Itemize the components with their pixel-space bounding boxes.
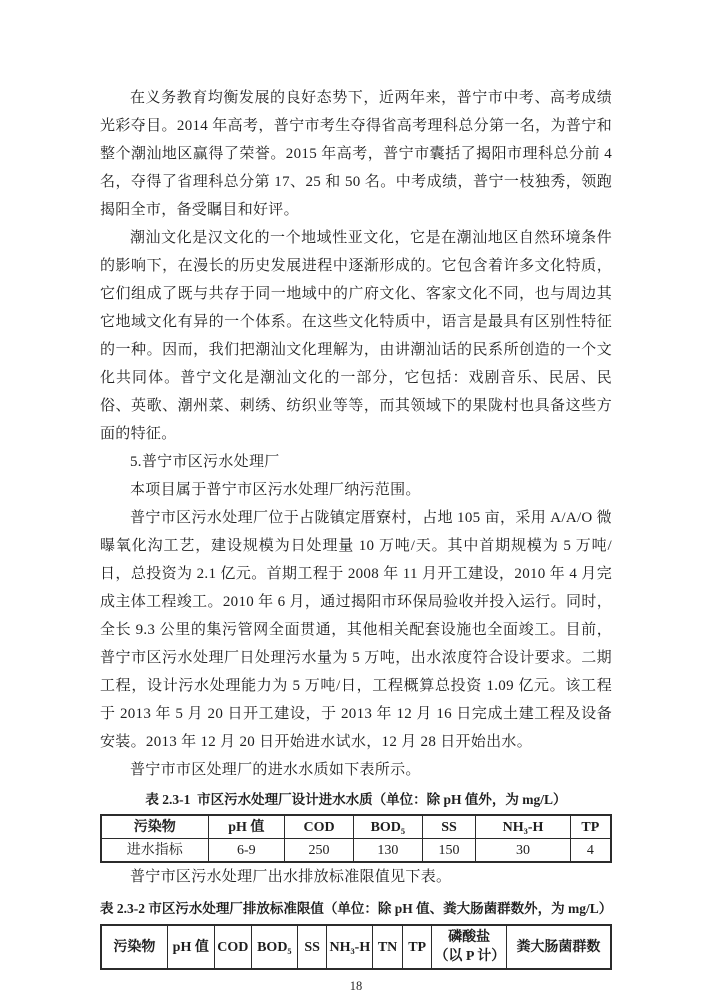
table1-header-bod5: BOD₅ <box>353 815 422 839</box>
table2-header-ph: pH 值 <box>167 925 214 969</box>
paragraph-plant-description: 普宁市区污水处理厂位于占陇镇定厝寮村，占地 105 亩，采用 A/A/O 微曝氧… <box>100 504 612 756</box>
table2-header-bod5: BOD₅ <box>251 925 297 969</box>
table1-cell-cod: 250 <box>285 839 354 863</box>
paragraph-discharge-intro: 普宁市区污水处理厂出水排放标准限值见下表。 <box>100 863 612 891</box>
paragraph-intake-intro: 普宁市市区处理厂的进水水质如下表所示。 <box>100 756 612 784</box>
table2-header-nh3h: NH₃-H <box>327 925 373 969</box>
table1-header-cod: COD <box>285 815 354 839</box>
paragraph-project-scope: 本项目属于普宁市区污水处理厂纳污范围。 <box>100 476 612 504</box>
page-number: 18 <box>100 979 612 994</box>
table1-cell-nh3h: 30 <box>476 839 570 863</box>
table1-header-tp: TP <box>570 815 611 839</box>
paragraph-chaoshan-culture: 潮汕文化是汉文化的一个地域性亚文化，它是在潮汕地区自然环境条件的影响下，在漫长的… <box>100 224 612 448</box>
table2-header-phosphate: 磷酸盐 （以 P 计） <box>432 925 506 969</box>
table2-header-fecal-coliform: 粪大肠菌群数 <box>506 925 611 969</box>
table1-cell-label: 进水指标 <box>101 839 208 863</box>
table2-header-cod: COD <box>214 925 251 969</box>
table2-header-ss: SS <box>297 925 327 969</box>
paragraph-education-achievements: 在义务教育均衡发展的良好态势下，近两年来，普宁市中考、高考成绩光彩夺目。2014… <box>100 84 612 224</box>
discharge-standard-table: 污染物 pH 值 COD BOD₅ SS NH₃-H TN TP 磷酸盐 （以 … <box>100 924 612 970</box>
table1-cell-bod5: 130 <box>353 839 422 863</box>
table1-cell-ss: 150 <box>422 839 476 863</box>
table1-header-ss: SS <box>422 815 476 839</box>
table2-header-row: 污染物 pH 值 COD BOD₅ SS NH₃-H TN TP 磷酸盐 （以 … <box>101 925 611 969</box>
table2-caption: 表 2.3-2 市区污水处理厂排放标准限值（单位：除 pH 值、粪大肠菌群数外，… <box>100 899 612 919</box>
table1-header-nh3h: NH₃-H <box>476 815 570 839</box>
table2-header-tn: TN <box>373 925 403 969</box>
table1-data-row: 进水指标 6-9 250 130 150 30 4 <box>101 839 611 863</box>
table1-header-ph: pH 值 <box>208 815 285 839</box>
intake-water-quality-table: 污染物 pH 值 COD BOD₅ SS NH₃-H TP 进水指标 6-9 2… <box>100 814 612 863</box>
table1-cell-tp: 4 <box>570 839 611 863</box>
table1-header-pollutant: 污染物 <box>101 815 208 839</box>
table2-header-pollutant: 污染物 <box>101 925 167 969</box>
table1-caption: 表 2.3-1 市区污水处理厂设计进水水质（单位：除 pH 值外，为 mg/L） <box>100 790 612 810</box>
table1-header-row: 污染物 pH 值 COD BOD₅ SS NH₃-H TP <box>101 815 611 839</box>
section-heading-sewage-plant: 5.普宁市区污水处理厂 <box>100 448 612 476</box>
table2-header-tp: TP <box>402 925 432 969</box>
document-page: 在义务教育均衡发展的良好态势下，近两年来，普宁市中考、高考成绩光彩夺目。2014… <box>0 0 703 994</box>
table1-cell-ph: 6-9 <box>208 839 285 863</box>
